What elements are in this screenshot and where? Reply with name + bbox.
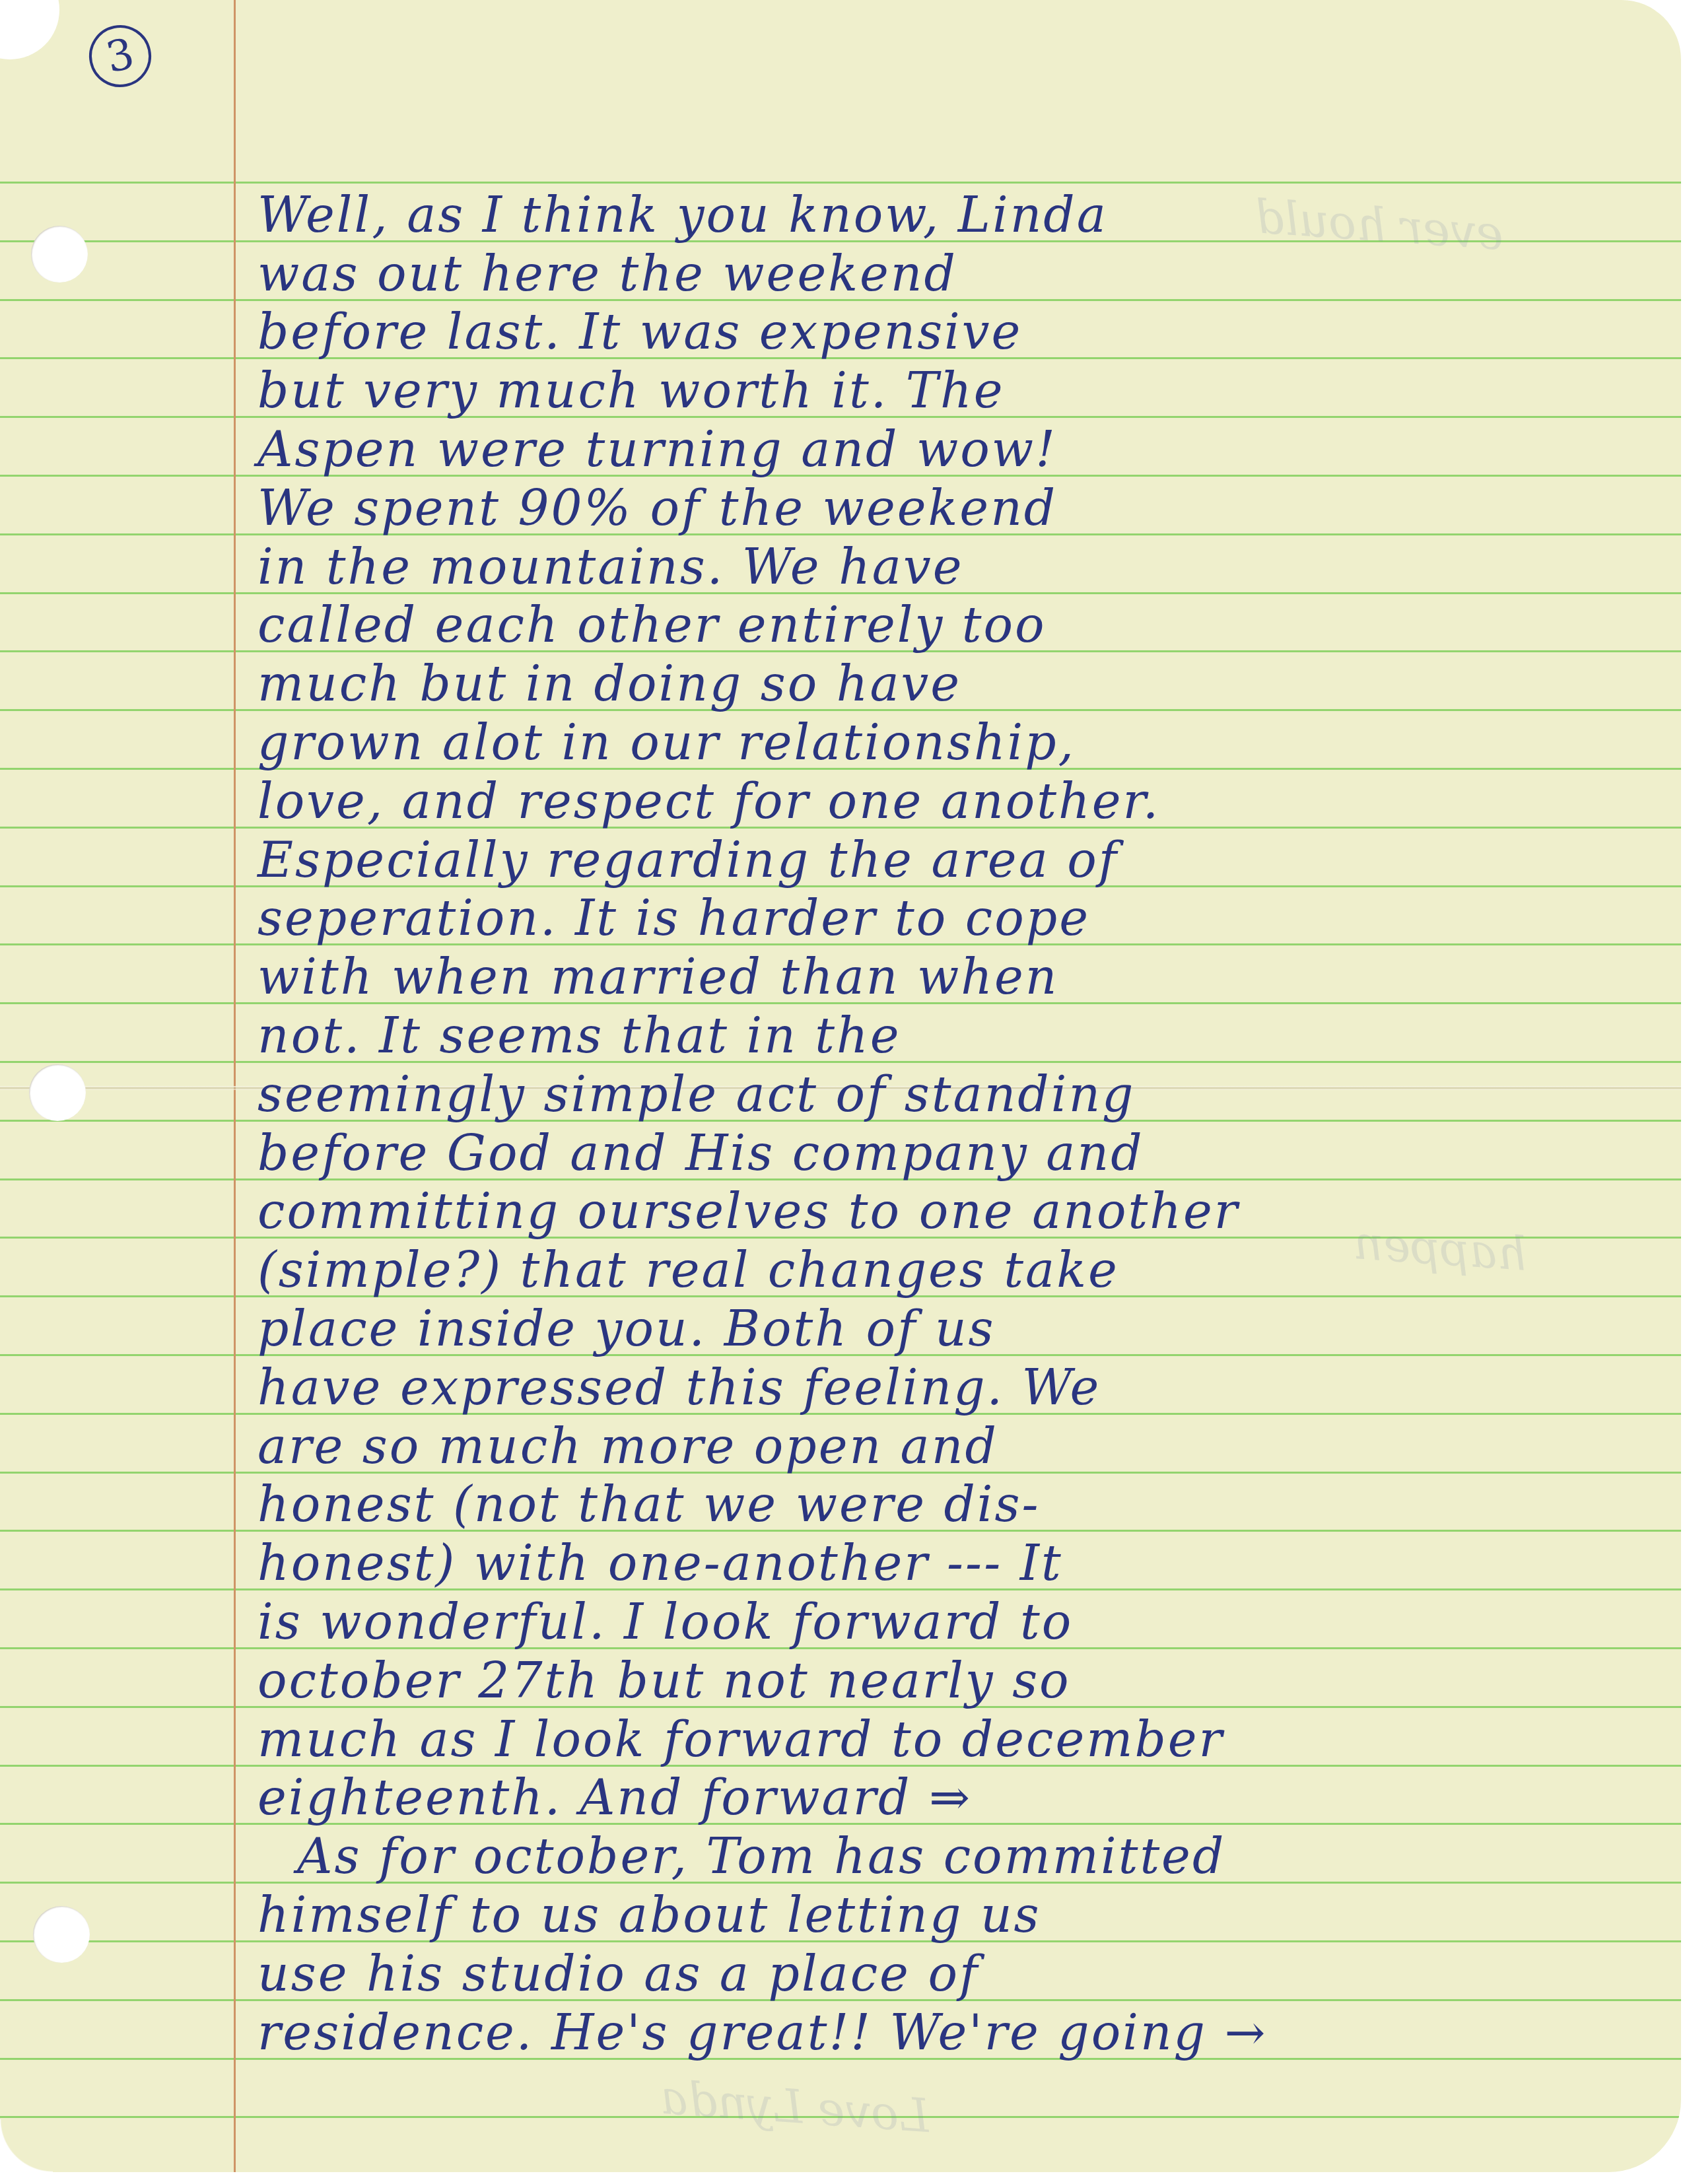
handwritten-line: are so much more open and xyxy=(258,1417,998,1476)
handwritten-line: before last. It was expensive xyxy=(258,303,1022,362)
handwritten-line: grown alot in our relationship, xyxy=(258,714,1076,772)
handwritten-line: is wonderful. I look forward to xyxy=(258,1593,1073,1652)
bleed-through-text: happen xyxy=(1352,1215,1529,1281)
handwritten-line: eighteenth. And forward ⇒ xyxy=(258,1769,972,1827)
handwritten-line: october 27th but not nearly so xyxy=(258,1652,1071,1711)
ruled-line xyxy=(0,182,1681,184)
handwritten-line: residence. He's great!! We're going → xyxy=(258,2004,1267,2063)
punch-hole-top xyxy=(31,226,88,283)
notebook-paper: ever hould happen Love Lynda 3 Well, as … xyxy=(0,0,1681,2172)
handwritten-line: place inside you. Both of us xyxy=(258,1300,996,1359)
punch-hole-bottom xyxy=(33,1906,90,1963)
handwritten-line: in the mountains. We have xyxy=(258,538,964,597)
handwritten-line: committing ourselves to one another xyxy=(258,1182,1239,1241)
circled-page-number: 3 xyxy=(83,19,156,92)
bleed-through-text: Love Lynda xyxy=(659,2070,932,2143)
punch-hole-middle xyxy=(29,1064,86,1121)
handwritten-line: honest (not that we were dis- xyxy=(258,1476,1041,1534)
handwritten-line: Well, as I think you know, Linda xyxy=(258,186,1108,245)
handwritten-line: (simple?) that real changes take xyxy=(258,1241,1119,1300)
bleed-through-text: ever hould xyxy=(1253,189,1505,261)
handwritten-line: much but in doing so have xyxy=(258,655,961,714)
handwritten-line: Aspen were turning and wow! xyxy=(258,421,1057,479)
handwritten-line: Especially regarding the area of xyxy=(258,831,1118,890)
handwritten-line: seemingly simple act of standing xyxy=(258,1066,1135,1124)
handwritten-line: love, and respect for one another. xyxy=(258,772,1160,831)
handwritten-line: with when married than when xyxy=(258,948,1058,1007)
handwritten-line: himself to us about letting us xyxy=(258,1886,1041,1945)
handwritten-line: called each other entirely too xyxy=(258,596,1047,655)
handwritten-line: but very much worth it. The xyxy=(258,362,1005,421)
handwritten-line: before God and His company and xyxy=(258,1124,1144,1183)
handwritten-line: seperation. It is harder to cope xyxy=(258,889,1090,948)
handwritten-line: honest) with one-another --- It xyxy=(258,1534,1063,1593)
handwritten-line: As for october, Tom has committed xyxy=(297,1827,1225,1886)
handwritten-line: much as I look forward to december xyxy=(258,1711,1224,1769)
handwritten-line: use his studio as a place of xyxy=(258,1945,979,2004)
handwritten-line: We spent 90% of the weekend xyxy=(258,479,1057,538)
handwritten-line: have expressed this feeling. We xyxy=(258,1359,1101,1417)
handwritten-line: was out here the weekend xyxy=(258,245,957,304)
handwritten-line: not. It seems that in the xyxy=(258,1007,901,1066)
